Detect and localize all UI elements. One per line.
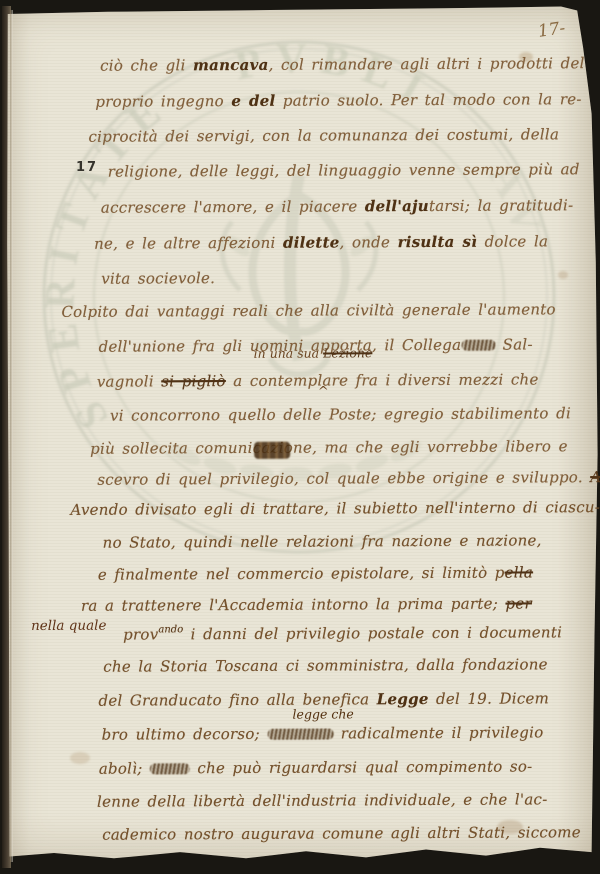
line-text: religione, delle leggi, del linguaggio v… xyxy=(108,160,580,180)
line-text: che può riguardarsi qual compimento so- xyxy=(190,757,533,777)
manuscript-line: ciò che gli mancava, col rimandare agli … xyxy=(100,54,585,75)
line-text: ra a trattenere l'Accademia intorno la p… xyxy=(81,595,506,615)
overwritten-text: dell'aju xyxy=(365,197,429,215)
struck-text: Av xyxy=(590,468,600,486)
overwritten-text: risulta sì xyxy=(398,233,478,251)
line-text: Sal- xyxy=(495,335,533,353)
line-text: del 19. Dicem xyxy=(429,689,550,708)
struck-text: per xyxy=(505,594,532,612)
line-text: i danni del privilegio postale con i doc… xyxy=(183,623,562,643)
line-text: dolce la xyxy=(477,232,548,250)
ink-scribble xyxy=(461,340,495,351)
manuscript-line: religione, delle leggi, del linguaggio v… xyxy=(108,160,580,180)
manuscript-line: ciprocità dei servigi, con la comunanza … xyxy=(88,125,559,145)
line-text: abolì; xyxy=(99,759,150,777)
manuscript-line: più sollecita comunicazione, ma che egli… xyxy=(90,437,568,458)
line-text: lenne della libertà dell'industria indiv… xyxy=(97,790,548,810)
overwritten-text: dilette xyxy=(283,233,340,251)
line-text: patrio suolo. Per tal modo con la re- xyxy=(275,90,581,110)
line-text: scevro di quel privilegio, col quale ebb… xyxy=(97,468,590,489)
overwritten-text: Legge xyxy=(377,690,429,708)
line-text: vi concorrono quello delle Poste; egregi… xyxy=(110,404,571,424)
insertion-caret: ^ xyxy=(318,384,329,399)
line-text: , onde xyxy=(339,233,397,251)
handwritten-text-block: ciò che gli mancava, col rimandare agli … xyxy=(0,0,600,874)
insertion-text: in una sua xyxy=(254,346,324,361)
line-text: tarsi; la gratitudi- xyxy=(429,196,574,215)
manuscript-scan-page: SPERITATE PVBLI AV xyxy=(0,0,600,874)
line-text: Colpito dai vantaggi reali che alla civi… xyxy=(61,300,555,321)
manuscript-line: scevro di quel privilegio, col quale ebb… xyxy=(97,468,600,489)
line-text: più sollecita comunicazione, ma che egli… xyxy=(90,437,568,458)
line-text: prov xyxy=(123,625,158,643)
line-text: vita socievole. xyxy=(101,269,215,288)
margin-note: nella quale xyxy=(31,620,106,634)
line-text: a contemplare fra i diversi mezzi che xyxy=(226,370,539,390)
interlinear-insertion: in una sua Lezione xyxy=(254,347,373,360)
manuscript-line: abolì; che può riguardarsi qual compimen… xyxy=(99,757,533,777)
manuscript-line: proprio ingegno e del patrio suolo. Per … xyxy=(95,90,581,111)
manuscript-line: ra a trattenere l'Accademia intorno la p… xyxy=(81,594,532,614)
manuscript-line: vita socievole. xyxy=(101,269,215,288)
manuscript-line: bro ultimo decorso; radicalmente il priv… xyxy=(102,723,544,743)
line-text: vagnoli xyxy=(97,372,162,390)
line-text: ciò che gli xyxy=(100,56,193,74)
line-text: che la Storia Toscana ci somministra, da… xyxy=(103,655,548,675)
line-text: radicalmente il privilegio xyxy=(333,723,543,742)
line-text: , col rimandare agli altri i prodotti de… xyxy=(269,54,585,74)
struck-text: Lezione xyxy=(323,345,372,360)
manuscript-line: accrescere l'amore, e il piacere dell'aj… xyxy=(101,196,574,216)
manuscript-line: ne, e le altre affezioni dilette, onde r… xyxy=(94,232,548,252)
line-text: Avendo divisato egli di trattare, il sub… xyxy=(70,498,600,519)
overwritten-text: mancava xyxy=(193,56,269,74)
line-text: accrescere l'amore, e il piacere xyxy=(101,197,365,216)
manuscript-line: provando i danni del privilegio postale … xyxy=(123,622,562,643)
line-text: cademico nostro augurava comune agli alt… xyxy=(102,823,581,844)
manuscript-line: vi concorrono quello delle Poste; egregi… xyxy=(110,404,571,424)
line-text: no Stato, quindi nelle relazioni fra naz… xyxy=(103,531,542,551)
struck-text: ella xyxy=(505,563,534,581)
interlinear-insertion: legge che xyxy=(293,708,354,721)
line-text: bro ultimo decorso; xyxy=(102,725,268,744)
manuscript-line: no Stato, quindi nelle relazioni fra naz… xyxy=(103,531,542,551)
manuscript-line: che la Storia Toscana ci somministra, da… xyxy=(103,655,548,675)
line-text: ne, e le altre affezioni xyxy=(94,234,283,253)
manuscript-line: e finalmente nel commercio epistolare, s… xyxy=(98,563,533,583)
ink-blot xyxy=(254,442,290,459)
line-text: ciprocità dei servigi, con la comunanza … xyxy=(88,125,559,145)
manuscript-line: lenne della libertà dell'industria indiv… xyxy=(97,790,548,810)
manuscript-line: Colpito dai vantaggi reali che alla civi… xyxy=(61,300,555,321)
overwritten-text: e del xyxy=(231,92,275,110)
manuscript-line: Avendo divisato egli di trattare, il sub… xyxy=(70,498,600,519)
manuscript-line: cademico nostro augurava comune agli alt… xyxy=(102,823,581,844)
line-text: e finalmente nel commercio epistolare, s… xyxy=(98,564,505,584)
superscript-correction: ando xyxy=(158,624,183,635)
ink-scribble xyxy=(150,763,190,774)
ink-scribble xyxy=(267,728,333,739)
struck-text: si pigliò xyxy=(161,372,226,390)
line-text: proprio ingegno xyxy=(95,92,231,111)
